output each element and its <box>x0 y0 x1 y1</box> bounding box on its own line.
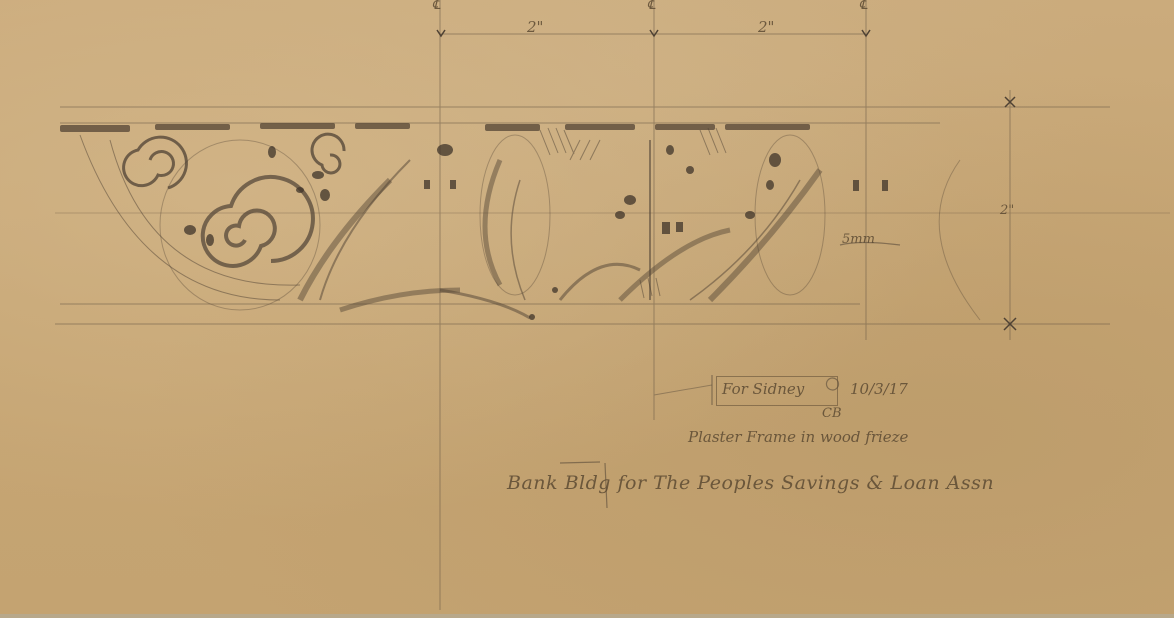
dimension-left: 2" <box>527 18 543 36</box>
side-dimension: 2" <box>1000 203 1014 218</box>
centerline-mark-1: ℄ <box>432 0 440 13</box>
date-note: 10/3/17 <box>850 380 908 398</box>
frieze-sketch <box>0 0 1174 618</box>
drawing-sheet: 2" 2" ℄ ℄ ℄ 2" 5mm For Sidney 10/3/17 CB… <box>0 0 1174 618</box>
boxed-label: For Sidney <box>722 380 804 398</box>
annotation-line-2: Bank Bldg for The Peoples Savings & Loan… <box>507 472 994 494</box>
scroll-ornaments <box>80 134 980 320</box>
annotation-line-1: Plaster Frame in wood frieze <box>688 428 908 446</box>
initials: CB <box>822 406 842 421</box>
inline-note: 5mm <box>842 232 875 247</box>
guide-lines <box>55 0 1170 610</box>
cornice-bands <box>60 123 810 132</box>
dimension-right: 2" <box>758 18 774 36</box>
centerline-mark-2: ℄ <box>647 0 655 13</box>
centerline-mark-3: ℄ <box>859 0 867 13</box>
scan-edge <box>0 614 1174 618</box>
